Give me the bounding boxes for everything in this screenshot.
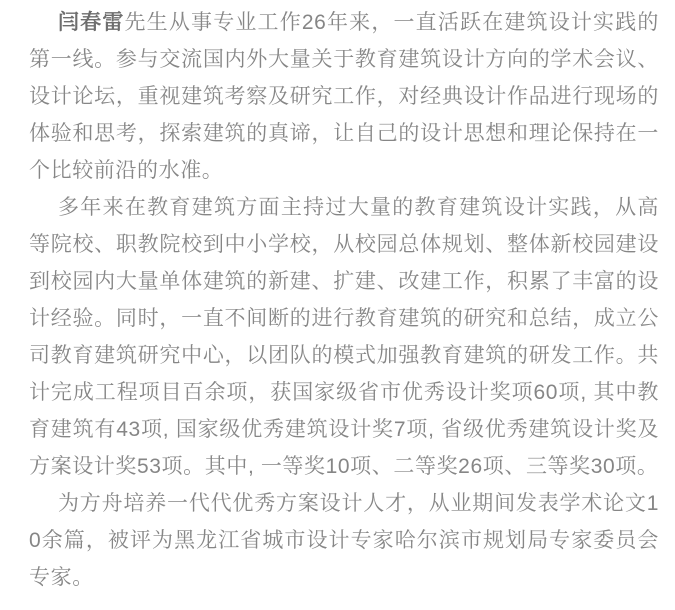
paragraph-talent: 为方舟培养一代代优秀方案设计人才，从业期间发表学术论文10余篇，被评为黑龙江省城… [29,485,659,596]
paragraph-practice: 多年来在教育建筑方面主持过大量的教育建筑设计实践，从高等院校、职教院校到中小学校… [29,189,659,485]
person-name: 闫春雷 [58,11,125,34]
paragraph-intro: 闫春雷先生从事专业工作26年来，一直活跃在建筑设计实践的第一线。参与交流国内外大… [29,4,659,189]
paragraph-intro-text: 先生从事专业工作26年来，一直活跃在建筑设计实践的第一线。参与交流国内外大量关于… [29,11,659,182]
biography-document: 闫春雷先生从事专业工作26年来，一直活跃在建筑设计实践的第一线。参与交流国内外大… [0,0,675,610]
